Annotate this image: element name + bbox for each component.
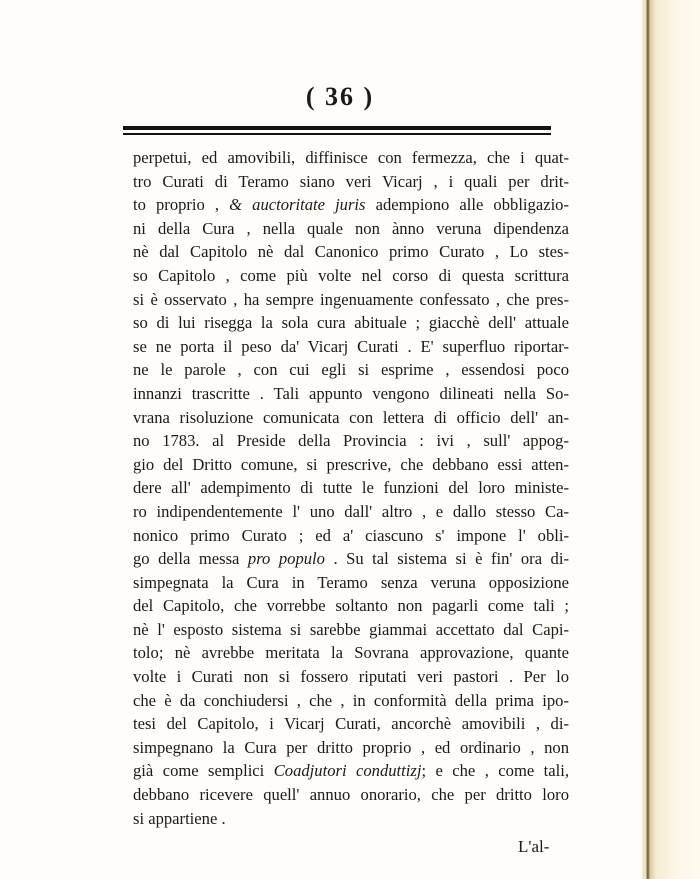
body-text: perpetui, ed amovibili, diffinisce con f… (133, 146, 569, 830)
text-line: ro indipendentemente l' uno dall' altro … (133, 500, 569, 524)
text-segment: go della messa (133, 549, 248, 568)
text-line: del Capitolo, che vorrebbe soltanto non … (133, 594, 569, 618)
text-line: tesi del Capitolo, i Vicarj Curati, anco… (133, 712, 569, 736)
text-line: simpegnata la Cura in Teramo senza verun… (133, 571, 569, 595)
text-line: nonico primo Curato ; ed a' ciascuno s' … (133, 524, 569, 548)
text-line-with-italic: go della messa pro populo . Su tal siste… (133, 547, 569, 571)
book-page: ( 36 ) perpetui, ed amovibili, diffinisc… (0, 0, 642, 879)
text-segment: ; e che , come tali, (421, 761, 569, 780)
text-line: innanzi trascritte . Tali appunto vengon… (133, 382, 569, 406)
text-line-with-italic: già come semplici Coadjutori conduttizj;… (133, 759, 569, 783)
text-line: dere all' adempimento di tutte le funzio… (133, 476, 569, 500)
text-line: so Capitolo , come più volte nel corso d… (133, 264, 569, 288)
text-line: simpegnano la Cura per dritto proprio , … (133, 736, 569, 760)
text-line: vrana risoluzione comunicata con lettera… (133, 406, 569, 430)
header-rule-thick (123, 126, 551, 130)
text-line: si è osservato , ha sempre ingenuamente … (133, 288, 569, 312)
text-line: so di lui risegga la sola cura abituale … (133, 311, 569, 335)
catchword: L'al- (518, 837, 549, 857)
text-line: se ne porta il peso da' Vicarj Curati . … (133, 335, 569, 359)
text-line-final: si appartiene . (133, 807, 569, 831)
text-line: gio del Dritto comune, si prescrive, che… (133, 453, 569, 477)
text-segment: to proprio , (133, 195, 229, 214)
text-line: nè dal Capitolo nè dal Canonico primo Cu… (133, 240, 569, 264)
text-segment: adempiono alle obbligazio- (366, 195, 570, 214)
page-number: ( 36 ) (0, 82, 680, 112)
text-line-with-italic: to proprio , & auctoritate juris adempio… (133, 193, 569, 217)
text-line: ne le parole , con cui egli si esprime ,… (133, 358, 569, 382)
text-line: no 1783. al Preside della Provincia : iv… (133, 429, 569, 453)
text-line: tolo; nè avrebbe meritata la Sovrana app… (133, 641, 569, 665)
text-line: debbano ricevere quell' annuo onorario, … (133, 783, 569, 807)
text-segment: . Su tal sistema si è fin' ora di- (325, 549, 569, 568)
text-segment: già come semplici (133, 761, 274, 780)
text-line: tro Curati di Teramo siano veri Vicarj ,… (133, 170, 569, 194)
text-line: volte i Curati non si fossero riputati v… (133, 665, 569, 689)
italic-phrase: Coadjutori conduttizj (274, 761, 422, 780)
book-gutter-shadow (642, 0, 700, 879)
text-line: perpetui, ed amovibili, diffinisce con f… (133, 146, 569, 170)
text-line: ni della Cura , nella quale non ànno ver… (133, 217, 569, 241)
text-line: che è da conchiudersi , che , in conform… (133, 689, 569, 713)
header-rule-thin (123, 133, 551, 135)
italic-phrase: pro populo (248, 549, 325, 568)
text-line: nè l' esposto sistema si sarebbe giammai… (133, 618, 569, 642)
italic-phrase: & auctoritate juris (229, 195, 365, 214)
